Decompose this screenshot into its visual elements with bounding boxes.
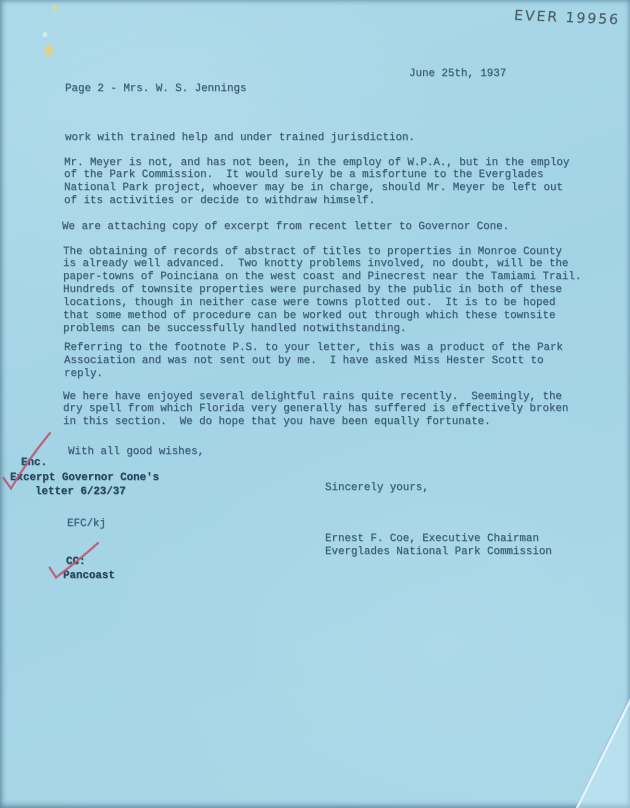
paragraph-6: We here have enjoyed several delightful … [63,391,568,430]
date-line: June 25th, 1937 [409,68,506,81]
paper-stain [45,45,53,56]
enclosure-desc-line1: Excerpt Governor Cone's [10,472,159,485]
page-header: Page 2 - Mrs. W. S. Jennings [65,83,246,96]
cc-name: Pancoast [63,570,115,583]
closing-line: With all good wishes, [68,446,204,459]
valediction: Sincerely yours, [325,482,429,495]
paragraph-5: Referring to the footnote P.S. to your l… [64,342,563,381]
paper-stain [43,32,47,37]
signature-org: Everglades National Park Commission [325,546,552,559]
paragraph-4: The obtaining of records of abstract of … [63,246,581,336]
paragraph-2: Mr. Meyer is not, and has not been, in t… [64,157,569,209]
corner-fold-highlight [575,697,630,808]
corner-fold-crease [576,699,630,808]
archive-code-handwritten: EVER 19956 [513,8,620,28]
cc-label: CC: [66,556,85,569]
enclosure-label: Enc. [21,457,47,470]
paper-stain [52,5,59,11]
paragraph-3: We are attaching copy of excerpt from re… [62,221,509,234]
enclosure-desc-line2: letter 6/23/37 [35,486,126,499]
paragraph-1: work with trained help and under trained… [65,132,415,145]
letter-page: EVER 19956 June 25th, 1937 Page 2 - Mrs.… [0,0,630,808]
corner-fold-shadow [575,701,628,808]
signature-name: Ernest F. Coe, Executive Chairman [325,533,539,546]
typist-initials: EFC/kj [67,518,106,531]
